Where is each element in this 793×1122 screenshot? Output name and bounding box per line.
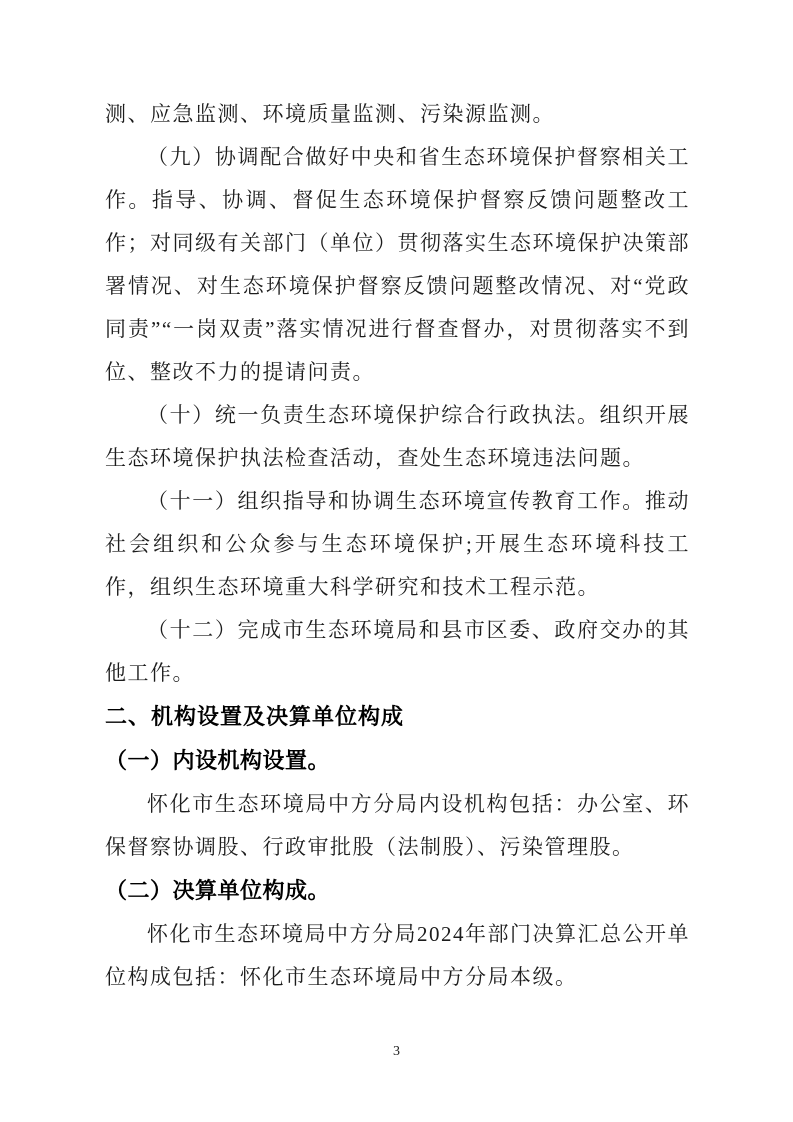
paragraph-item-11: （十一）组织指导和协调生态环境宣传教育工作。推动社会组织和公众参与生态环境保护;… xyxy=(105,480,690,609)
section-heading-2: 二、机构设置及决算单位构成 xyxy=(105,695,690,739)
paragraph-item-10: （十）统一负责生态环境保护综合行政执法。组织开展生态环境保护执法检查活动，查处生… xyxy=(105,394,690,480)
subsection-heading-2-1: （一）内设机构设置。 xyxy=(105,739,690,783)
paragraph-unit-composition: 怀化市生态环境局中方分局2024年部门决算汇总公开单位构成包括：怀化市生态环境局… xyxy=(105,913,690,999)
paragraph-item-9: （九）协调配合做好中央和省生态环境保护督察相关工作。指导、协调、督促生态环境保护… xyxy=(105,136,690,394)
paragraph-continuation: 测、应急监测、环境质量监测、污染源监测。 xyxy=(105,93,690,136)
page-number: 3 xyxy=(0,1044,793,1060)
document-page: 测、应急监测、环境质量监测、污染源监测。 （九）协调配合做好中央和省生态环境保护… xyxy=(0,0,793,1122)
subsection-heading-2-2: （二）决算单位构成。 xyxy=(105,869,690,913)
paragraph-item-12: （十二）完成市生态环境局和县市区委、政府交办的其他工作。 xyxy=(105,609,690,695)
paragraph-internal-orgs: 怀化市生态环境局中方分局内设机构包括：办公室、环保督察协调股、行政审批股（法制股… xyxy=(105,783,690,869)
